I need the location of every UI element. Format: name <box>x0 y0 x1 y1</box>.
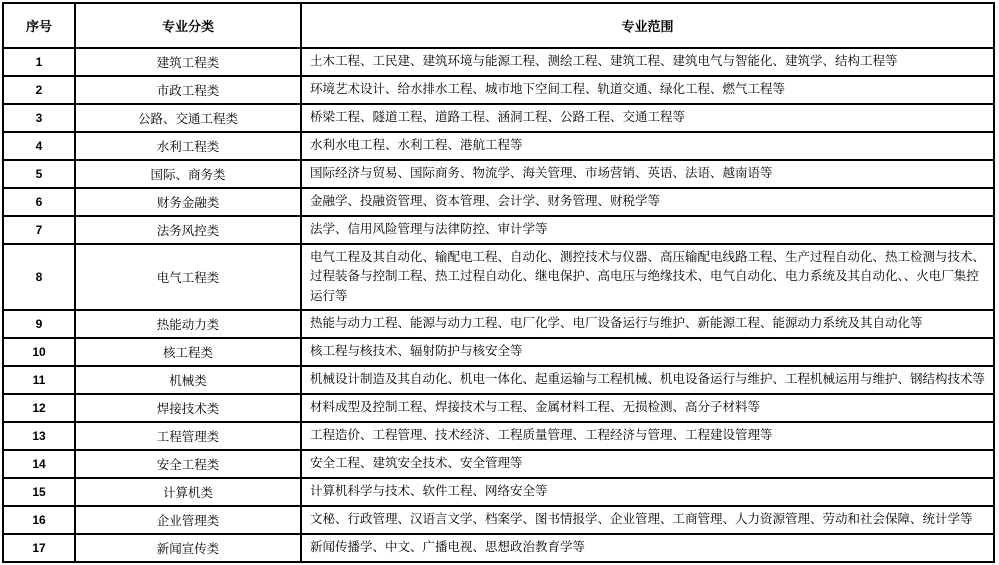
row-category: 建筑工程类 <box>75 48 301 76</box>
table-row: 12 焊接技术类 材料成型及控制工程、焊接技术与工程、金属材料工程、无损检测、高… <box>3 394 994 422</box>
header-scope: 专业范围 <box>301 3 994 48</box>
table-row: 4 水利工程类 水利水电工程、水利工程、港航工程等 <box>3 132 994 160</box>
table-row: 13 工程管理类 工程造价、工程管理、技术经济、工程质量管理、工程经济与管理、工… <box>3 422 994 450</box>
row-category: 安全工程类 <box>75 450 301 478</box>
row-category: 公路、交通工程类 <box>75 104 301 132</box>
row-number: 6 <box>3 188 75 216</box>
table-row: 11 机械类 机械设计制造及其自动化、机电一体化、起重运输与工程机械、机电设备运… <box>3 366 994 394</box>
table-row: 2 市政工程类 环境艺术设计、给水排水工程、城市地下空间工程、轨道交通、绿化工程… <box>3 76 994 104</box>
row-scope: 桥梁工程、隧道工程、道路工程、涵洞工程、公路工程、交通工程等 <box>301 104 994 132</box>
row-number: 7 <box>3 216 75 244</box>
table-row: 1 建筑工程类 土木工程、工民建、建筑环境与能源工程、测绘工程、建筑工程、建筑电… <box>3 48 994 76</box>
table-row: 10 核工程类 核工程与核技术、辐射防护与核安全等 <box>3 338 994 366</box>
major-classification-table: 序号 专业分类 专业范围 1 建筑工程类 土木工程、工民建、建筑环境与能源工程、… <box>2 2 995 563</box>
row-scope: 文秘、行政管理、汉语言文学、档案学、图书情报学、企业管理、工商管理、人力资源管理… <box>301 506 994 534</box>
row-scope: 工程造价、工程管理、技术经济、工程质量管理、工程经济与管理、工程建设管理等 <box>301 422 994 450</box>
row-number: 11 <box>3 366 75 394</box>
row-number: 12 <box>3 394 75 422</box>
row-category: 焊接技术类 <box>75 394 301 422</box>
table-row: 8 电气工程类 电气工程及其自动化、输配电工程、自动化、测控技术与仪器、高压输配… <box>3 244 994 310</box>
row-category: 计算机类 <box>75 478 301 506</box>
row-category: 核工程类 <box>75 338 301 366</box>
row-number: 17 <box>3 534 75 562</box>
row-scope: 金融学、投融资管理、资本管理、会计学、财务管理、财税学等 <box>301 188 994 216</box>
row-number: 13 <box>3 422 75 450</box>
header-no: 序号 <box>3 3 75 48</box>
row-category: 法务风控类 <box>75 216 301 244</box>
row-number: 14 <box>3 450 75 478</box>
row-number: 9 <box>3 310 75 338</box>
table-row: 7 法务风控类 法学、信用风险管理与法律防控、审计学等 <box>3 216 994 244</box>
table-row: 5 国际、商务类 国际经济与贸易、国际商务、物流学、海关管理、市场营销、英语、法… <box>3 160 994 188</box>
row-scope: 热能与动力工程、能源与动力工程、电厂化学、电厂设备运行与维护、新能源工程、能源动… <box>301 310 994 338</box>
table-body: 1 建筑工程类 土木工程、工民建、建筑环境与能源工程、测绘工程、建筑工程、建筑电… <box>3 48 994 562</box>
header-category: 专业分类 <box>75 3 301 48</box>
row-scope: 机械设计制造及其自动化、机电一体化、起重运输与工程机械、机电设备运行与维护、工程… <box>301 366 994 394</box>
row-number: 8 <box>3 244 75 310</box>
row-number: 10 <box>3 338 75 366</box>
table-row: 3 公路、交通工程类 桥梁工程、隧道工程、道路工程、涵洞工程、公路工程、交通工程… <box>3 104 994 132</box>
table-row: 14 安全工程类 安全工程、建筑安全技术、安全管理等 <box>3 450 994 478</box>
row-scope: 材料成型及控制工程、焊接技术与工程、金属材料工程、无损检测、高分子材料等 <box>301 394 994 422</box>
row-category: 水利工程类 <box>75 132 301 160</box>
row-number: 3 <box>3 104 75 132</box>
table-row: 6 财务金融类 金融学、投融资管理、资本管理、会计学、财务管理、财税学等 <box>3 188 994 216</box>
row-category: 财务金融类 <box>75 188 301 216</box>
row-category: 电气工程类 <box>75 244 301 310</box>
row-scope: 国际经济与贸易、国际商务、物流学、海关管理、市场营销、英语、法语、越南语等 <box>301 160 994 188</box>
row-category: 国际、商务类 <box>75 160 301 188</box>
table-row: 17 新闻宣传类 新闻传播学、中文、广播电视、思想政治教育学等 <box>3 534 994 562</box>
row-category: 市政工程类 <box>75 76 301 104</box>
row-category: 企业管理类 <box>75 506 301 534</box>
row-category: 机械类 <box>75 366 301 394</box>
row-category: 工程管理类 <box>75 422 301 450</box>
row-category: 新闻宣传类 <box>75 534 301 562</box>
row-number: 15 <box>3 478 75 506</box>
row-scope: 安全工程、建筑安全技术、安全管理等 <box>301 450 994 478</box>
row-number: 1 <box>3 48 75 76</box>
table-row: 15 计算机类 计算机科学与技术、软件工程、网络安全等 <box>3 478 994 506</box>
row-scope: 电气工程及其自动化、输配电工程、自动化、测控技术与仪器、高压输配电线路工程、生产… <box>301 244 994 310</box>
table-row: 16 企业管理类 文秘、行政管理、汉语言文学、档案学、图书情报学、企业管理、工商… <box>3 506 994 534</box>
row-number: 16 <box>3 506 75 534</box>
table-row: 9 热能动力类 热能与动力工程、能源与动力工程、电厂化学、电厂设备运行与维护、新… <box>3 310 994 338</box>
row-scope: 环境艺术设计、给水排水工程、城市地下空间工程、轨道交通、绿化工程、燃气工程等 <box>301 76 994 104</box>
row-scope: 核工程与核技术、辐射防护与核安全等 <box>301 338 994 366</box>
row-scope: 新闻传播学、中文、广播电视、思想政治教育学等 <box>301 534 994 562</box>
major-classification-table-wrap: 序号 专业分类 专业范围 1 建筑工程类 土木工程、工民建、建筑环境与能源工程、… <box>0 0 999 565</box>
row-number: 5 <box>3 160 75 188</box>
row-scope: 计算机科学与技术、软件工程、网络安全等 <box>301 478 994 506</box>
row-number: 2 <box>3 76 75 104</box>
row-scope: 水利水电工程、水利工程、港航工程等 <box>301 132 994 160</box>
row-scope: 法学、信用风险管理与法律防控、审计学等 <box>301 216 994 244</box>
row-category: 热能动力类 <box>75 310 301 338</box>
row-number: 4 <box>3 132 75 160</box>
row-scope: 土木工程、工民建、建筑环境与能源工程、测绘工程、建筑工程、建筑电气与智能化、建筑… <box>301 48 994 76</box>
header-row: 序号 专业分类 专业范围 <box>3 3 994 48</box>
